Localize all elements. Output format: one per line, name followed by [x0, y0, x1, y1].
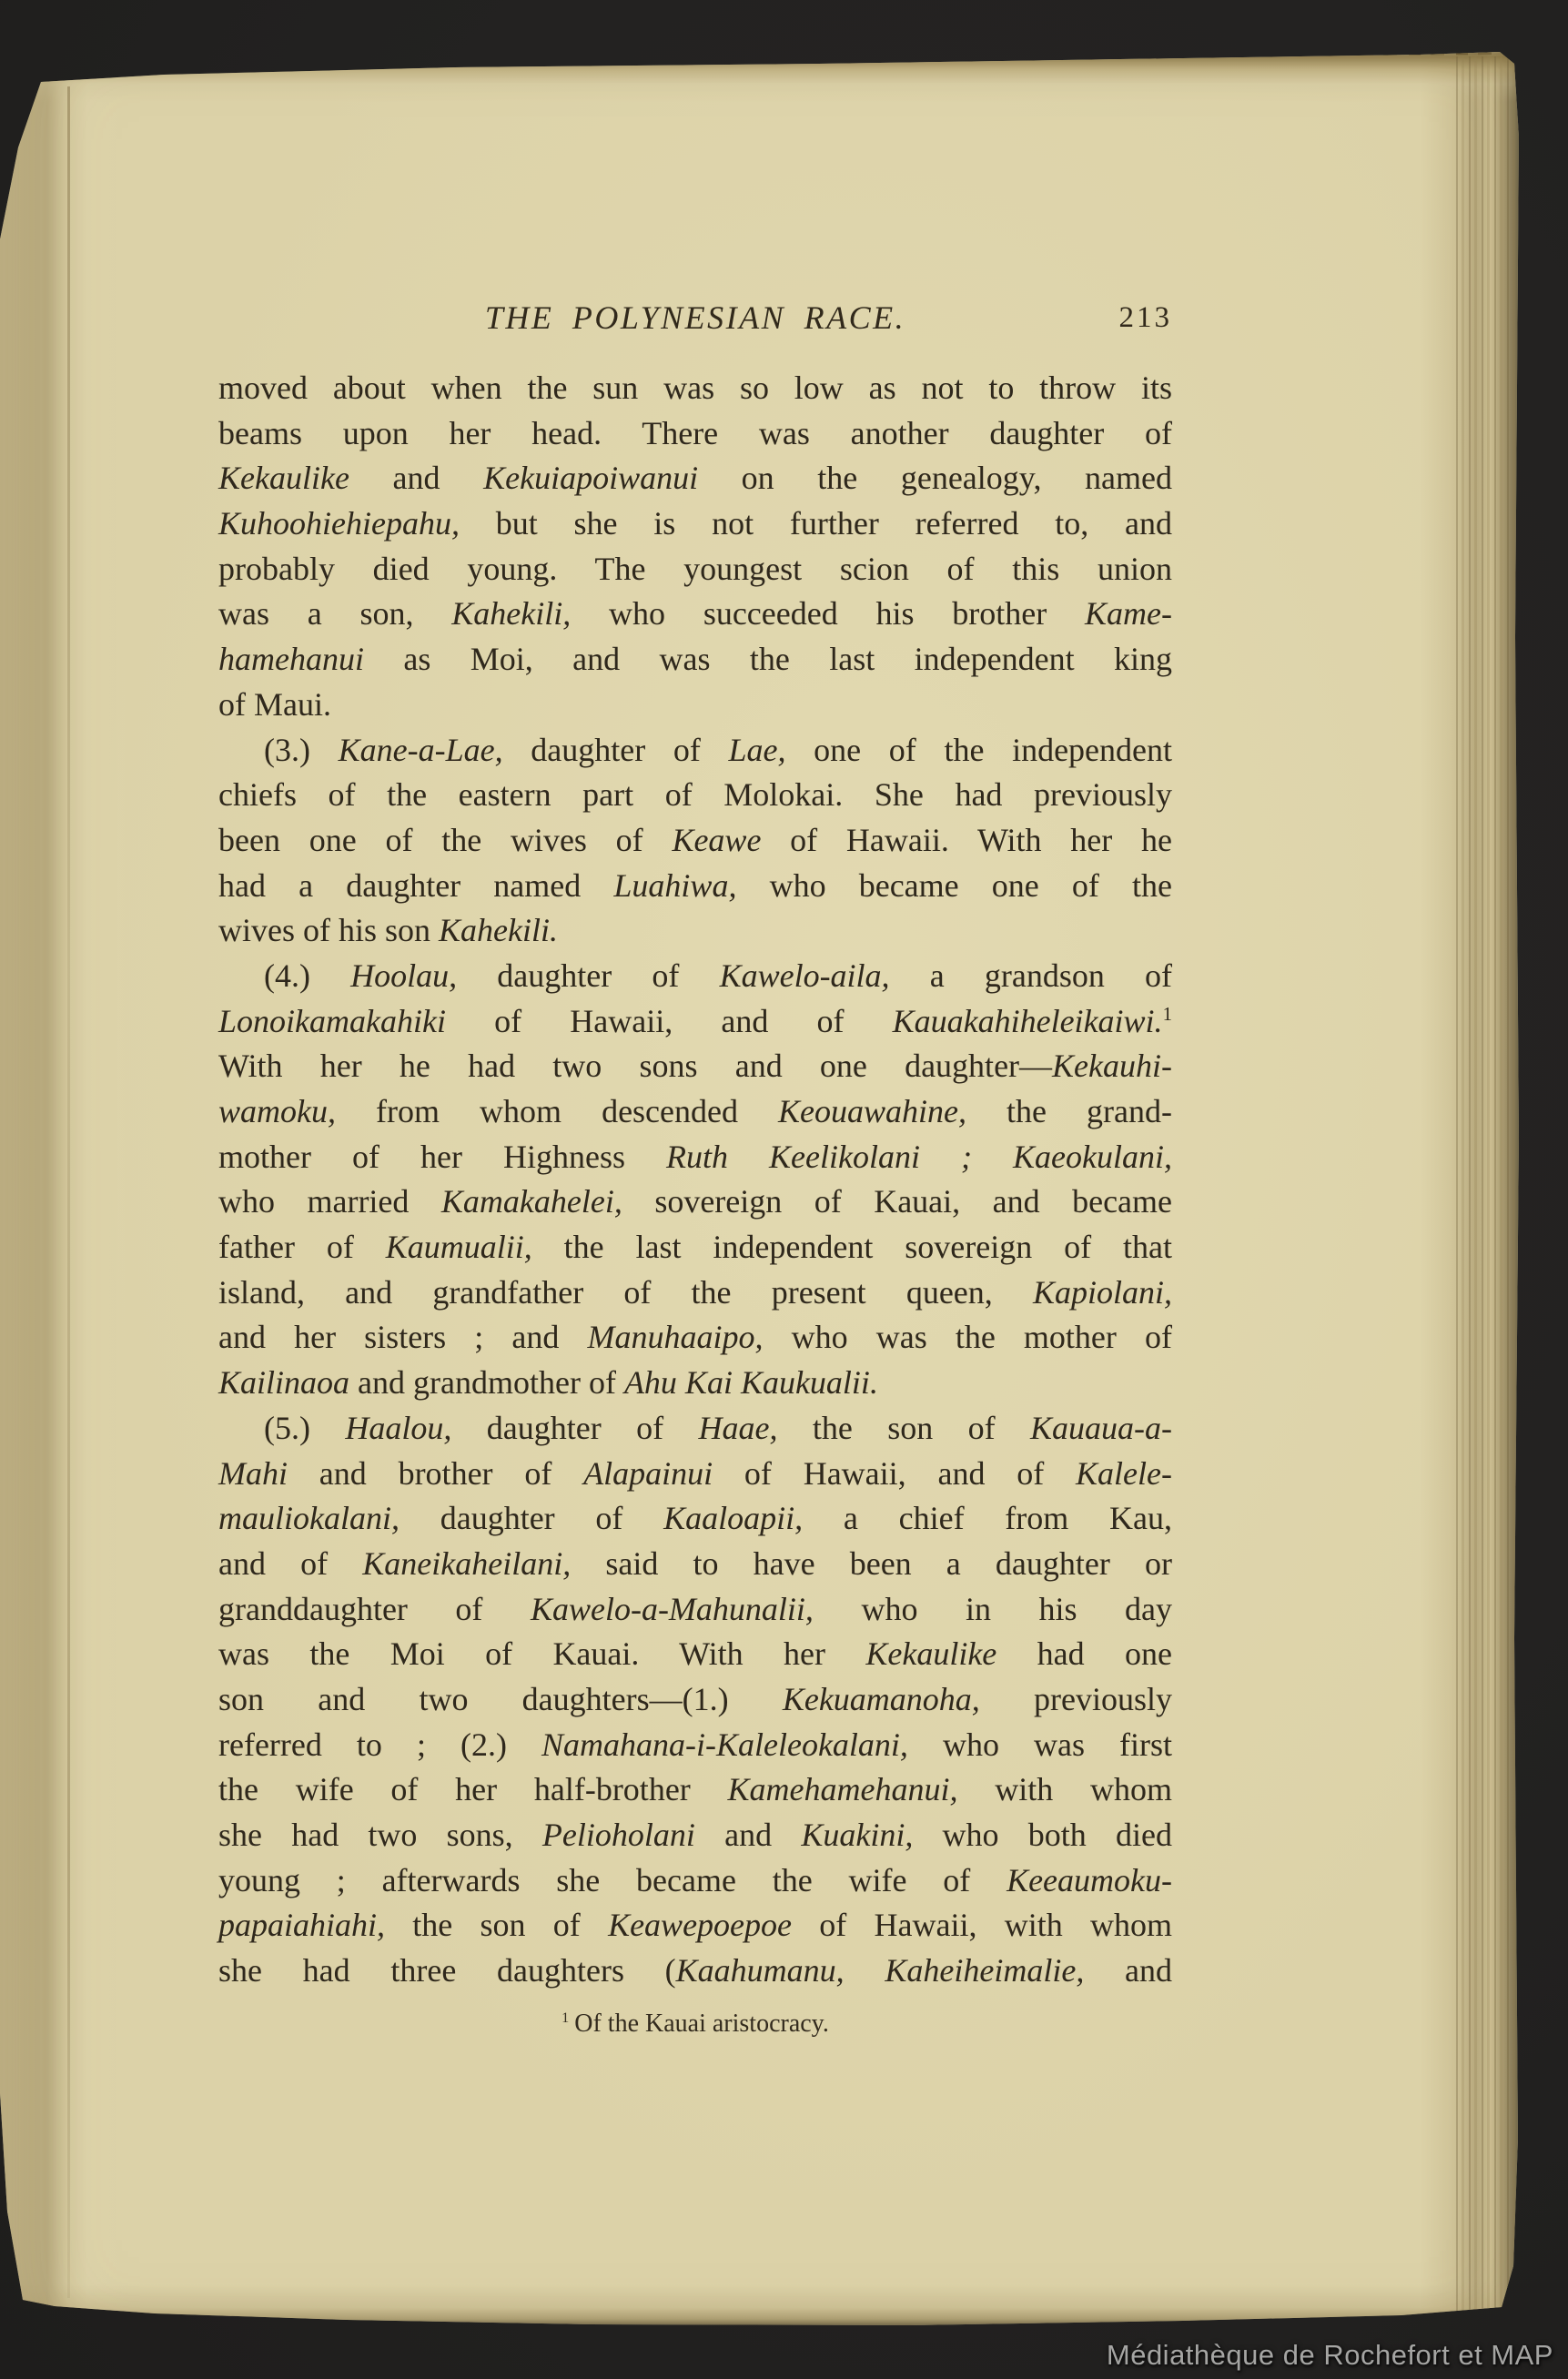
italic-text-run: Kekuamanoha, — [783, 1681, 980, 1717]
italic-text-run: Kaahumanu, Kaheiheimalie, — [676, 1952, 1085, 1989]
footnote: 1Of the Kauai aristocracy. — [218, 2009, 1172, 2039]
text-line: had a daughter named Luahiwa, who became… — [218, 864, 1172, 909]
text-run: moved about when the sun was so low as n… — [218, 370, 1172, 406]
text-line: of Maui. — [218, 683, 1172, 728]
text-run: who married — [218, 1183, 441, 1220]
text-run: of Hawaii, with whom — [792, 1907, 1172, 1943]
text-run: With her he had two sons and one daughte… — [218, 1048, 1052, 1084]
text-run: and her sisters ; and — [218, 1319, 588, 1355]
text-run: she had two sons, — [218, 1817, 542, 1853]
italic-text-run: Hoolau, — [350, 957, 457, 994]
text-line: and of Kaneikaheilani, said to have been… — [218, 1542, 1172, 1587]
text-run: (5.) — [264, 1410, 345, 1446]
text-run: who succeeded his brother — [571, 595, 1085, 632]
text-line: chiefs of the eastern part of Molokai. S… — [218, 773, 1172, 818]
gutter-crease — [67, 86, 70, 2298]
text-run: but she is not further referred to, and — [460, 505, 1172, 542]
text-run: daughter of — [503, 732, 729, 768]
text-run: daughter of — [451, 1410, 698, 1446]
text-line: young ; afterwards she became the wife o… — [218, 1858, 1172, 1904]
text-line: mother of her Highness Ruth Keelikolani … — [218, 1135, 1172, 1180]
text-line: was a son, Kahekili, who succeeded his b… — [218, 592, 1172, 637]
text-run: said to have been a daughter or — [571, 1545, 1172, 1582]
text-line: who married Kamakahelei, sovereign of Ka… — [218, 1179, 1172, 1225]
page-stack-fore-edge — [1456, 56, 1520, 2312]
text-run: granddaughter of — [218, 1591, 531, 1627]
text-run: who both died — [913, 1817, 1172, 1853]
page-top-deckle-edge — [36, 46, 1511, 64]
text-line: papaiahiahi, the son of Keawepoepoe of H… — [218, 1903, 1172, 1949]
text-run: a chief from Kau, — [803, 1500, 1172, 1536]
text-run: son and two daughters—(1.) — [218, 1681, 783, 1717]
text-line: Kekaulike and Kekuiapoiwanui on the gene… — [218, 456, 1172, 501]
text-line: hamehanui as Moi, and was the last indep… — [218, 637, 1172, 683]
text-run: was a son, — [218, 595, 451, 632]
text-line: wives of his son Kahekili. — [218, 908, 1172, 954]
text-line: she had two sons, Pelioholani and Kuakin… — [218, 1813, 1172, 1858]
text-run: the son of — [777, 1410, 1030, 1446]
text-run: who was the mother of — [764, 1319, 1173, 1355]
italic-text-run: Pelioholani — [542, 1817, 695, 1853]
italic-text-run: Kahekili. — [439, 912, 558, 948]
text-run: had one — [996, 1635, 1172, 1672]
text-line: With her he had two sons and one daughte… — [218, 1044, 1172, 1089]
text-run: sovereign of Kauai, and became — [622, 1183, 1172, 1220]
italic-text-run: Ahu Kai Kaukualii. — [624, 1364, 878, 1401]
text-run: daughter of — [400, 1500, 663, 1536]
text-run: the wife of her half-brother — [218, 1771, 728, 1807]
running-head: THE POLYNESIAN RACE. 213 — [218, 299, 1172, 342]
text-run: referred to ; (2.) — [218, 1726, 541, 1763]
text-line: and her sisters ; and Manuhaaipo, who wa… — [218, 1315, 1172, 1361]
italic-text-run: Ruth Keelikolani ; Kaeokulani, — [666, 1139, 1172, 1175]
footnote-text: Of the Kauai aristocracy. — [574, 2009, 829, 2038]
body-text: moved about when the sun was so low as n… — [218, 366, 1172, 1994]
text-line: wamoku, from whom descended Keouawahine,… — [218, 1089, 1172, 1135]
italic-text-run: hamehanui — [218, 641, 364, 677]
text-run: the last independent sovereign of that — [532, 1229, 1172, 1265]
italic-text-run: Alapainui — [583, 1455, 713, 1492]
text-line: Mahi and brother of Alapainui of Hawaii,… — [218, 1452, 1172, 1497]
text-line: been one of the wives of Keawe of Hawaii… — [218, 818, 1172, 864]
text-line: Kuhoohiehiepahu, but she is not further … — [218, 501, 1172, 547]
italic-text-run: Haae, — [698, 1410, 777, 1446]
text-line: (5.) Haalou, daughter of Haae, the son o… — [218, 1406, 1172, 1452]
italic-text-run: Kekaulike — [865, 1635, 996, 1672]
italic-text-run: Kamakahelei, — [441, 1183, 622, 1220]
page-number: 213 — [1119, 301, 1173, 335]
italic-text-run: Kauaua-a- — [1030, 1410, 1172, 1446]
text-run: on the genealogy, named — [698, 460, 1172, 496]
italic-text-run: Kekuiapoiwanui — [483, 460, 698, 496]
italic-text-run: Kawelo-a-Mahunalii, — [531, 1591, 814, 1627]
text-run: and brother of — [288, 1455, 583, 1492]
italic-text-run: Haalou, — [345, 1410, 451, 1446]
text-line: island, and grandfather of the present q… — [218, 1270, 1172, 1316]
text-run: of Maui. — [218, 686, 331, 723]
text-run: who in his day — [814, 1591, 1172, 1627]
text-line: father of Kaumualii, the last independen… — [218, 1225, 1172, 1270]
text-run: previously — [980, 1681, 1172, 1717]
text-run: young ; afterwards she became the wife o… — [218, 1862, 1007, 1898]
text-run: (4.) — [264, 957, 350, 994]
text-line: moved about when the sun was so low as n… — [218, 366, 1172, 411]
italic-text-run: Kekauhi- — [1052, 1048, 1172, 1084]
text-run: a grandson of — [890, 957, 1172, 994]
italic-text-run: Kane-a-Lae, — [339, 732, 503, 768]
italic-text-run: Kame- — [1085, 595, 1172, 632]
text-run: who was first — [908, 1726, 1172, 1763]
text-line: (3.) Kane-a-Lae, daughter of Lae, one of… — [218, 728, 1172, 774]
text-line: referred to ; (2.) Namahana-i-Kaleleokal… — [218, 1723, 1172, 1768]
italic-text-run: Kailinaoa — [218, 1364, 349, 1401]
italic-text-run: Kauakahiheleikaiwi. — [893, 1003, 1163, 1039]
text-run: father of — [218, 1229, 386, 1265]
text-line: beams upon her head. There was another d… — [218, 411, 1172, 457]
italic-text-run: Kalele- — [1076, 1455, 1172, 1492]
italic-text-run: papaiahiahi, — [218, 1907, 385, 1943]
text-run: probably died young. The youngest scion … — [218, 551, 1172, 587]
italic-text-run: Luahiwa, — [613, 867, 736, 904]
text-line: (4.) Hoolau, daughter of Kawelo-aila, a … — [218, 954, 1172, 999]
text-run: daughter of — [457, 957, 719, 994]
italic-text-run: Keawe — [672, 822, 761, 858]
text-line: the wife of her half-brother Kamehamehan… — [218, 1767, 1172, 1813]
italic-text-run: Kaneikaheilani, — [362, 1545, 571, 1582]
text-run: and — [695, 1817, 801, 1853]
italic-text-run: Lonoikamakahiki — [218, 1003, 446, 1039]
italic-text-run: Kapiolani, — [1033, 1274, 1172, 1311]
italic-text-run: Manuhaaipo, — [588, 1319, 764, 1355]
text-run: (3.) — [264, 732, 339, 768]
text-line: granddaughter of Kawelo-a-Mahunalii, who… — [218, 1587, 1172, 1633]
text-run: of Hawaii, and of — [713, 1455, 1076, 1492]
text-run: she had three daughters ( — [218, 1952, 676, 1989]
text-run: been one of the wives of — [218, 822, 672, 858]
italic-text-run: Kamehamehanui, — [728, 1771, 958, 1807]
scanned-book-photo: THE POLYNESIAN RACE. 213 moved about whe… — [0, 0, 1568, 2379]
text-run: had a daughter named — [218, 867, 613, 904]
footnote-marker: 1 — [561, 2009, 569, 2026]
text-line: she had three daughters (Kaahumanu, Kahe… — [218, 1949, 1172, 1994]
running-title: THE POLYNESIAN RACE. — [218, 299, 1172, 337]
italic-text-run: wamoku, — [218, 1093, 336, 1129]
text-run: chiefs of the eastern part of Molokai. S… — [218, 776, 1172, 813]
text-run: mother of her Highness — [218, 1139, 666, 1175]
italic-text-run: Kuhoohiehiepahu, — [218, 505, 460, 542]
text-run: and grandmother of — [349, 1364, 624, 1401]
text-line: Lonoikamakahiki of Hawaii, and of Kauaka… — [218, 999, 1172, 1045]
italic-text-run: Kawelo-aila, — [720, 957, 890, 994]
italic-text-run: Kekaulike — [218, 460, 349, 496]
italic-text-run: Mahi — [218, 1455, 288, 1492]
library-watermark: Médiathèque de Rochefort et MAP — [1107, 2339, 1553, 2372]
italic-text-run: Kuakini, — [801, 1817, 913, 1853]
book-page: THE POLYNESIAN RACE. 213 moved about whe… — [0, 0, 1568, 2379]
text-run: as Moi, and was the last independent kin… — [364, 641, 1172, 677]
italic-text-run: Keouawahine, — [778, 1093, 966, 1129]
italic-text-run: Lae, — [729, 732, 786, 768]
text-run: the grand- — [966, 1093, 1172, 1129]
text-run: wives of his son — [218, 912, 439, 948]
text-line: son and two daughters—(1.) Kekuamanoha, … — [218, 1677, 1172, 1723]
italic-text-run: Keeaumoku- — [1007, 1862, 1172, 1898]
superscript-marker: 1 — [1163, 1003, 1172, 1025]
italic-text-run: Kaaloapii, — [663, 1500, 803, 1536]
text-run: and — [349, 460, 483, 496]
text-run: of Hawaii, and of — [446, 1003, 893, 1039]
text-run: was the Moi of Kauai. With her — [218, 1635, 865, 1672]
text-run: and of — [218, 1545, 362, 1582]
italic-text-run: Kahekili, — [451, 595, 571, 632]
text-run: from whom descended — [336, 1093, 778, 1129]
text-line: Kailinaoa and grandmother of Ahu Kai Kau… — [218, 1361, 1172, 1406]
italic-text-run: Kaumualii, — [386, 1229, 532, 1265]
text-run: of Hawaii. With her he — [761, 822, 1172, 858]
text-run: island, and grandfather of the present q… — [218, 1274, 1033, 1311]
italic-text-run: Namahana-i-Kaleleokalani, — [541, 1726, 908, 1763]
text-run: and — [1084, 1952, 1172, 1989]
text-line: probably died young. The youngest scion … — [218, 547, 1172, 592]
italic-text-run: mauliokalani, — [218, 1500, 400, 1536]
text-line: was the Moi of Kauai. With her Kekaulike… — [218, 1632, 1172, 1677]
text-run: the son of — [385, 1907, 608, 1943]
text-line: mauliokalani, daughter of Kaaloapii, a c… — [218, 1496, 1172, 1542]
text-run: with whom — [958, 1771, 1172, 1807]
text-run: one of the independent — [786, 732, 1173, 768]
text-run: who became one of the — [736, 867, 1172, 904]
text-run: beams upon her head. There was another d… — [218, 415, 1172, 451]
italic-text-run: Keawepoepoe — [608, 1907, 792, 1943]
